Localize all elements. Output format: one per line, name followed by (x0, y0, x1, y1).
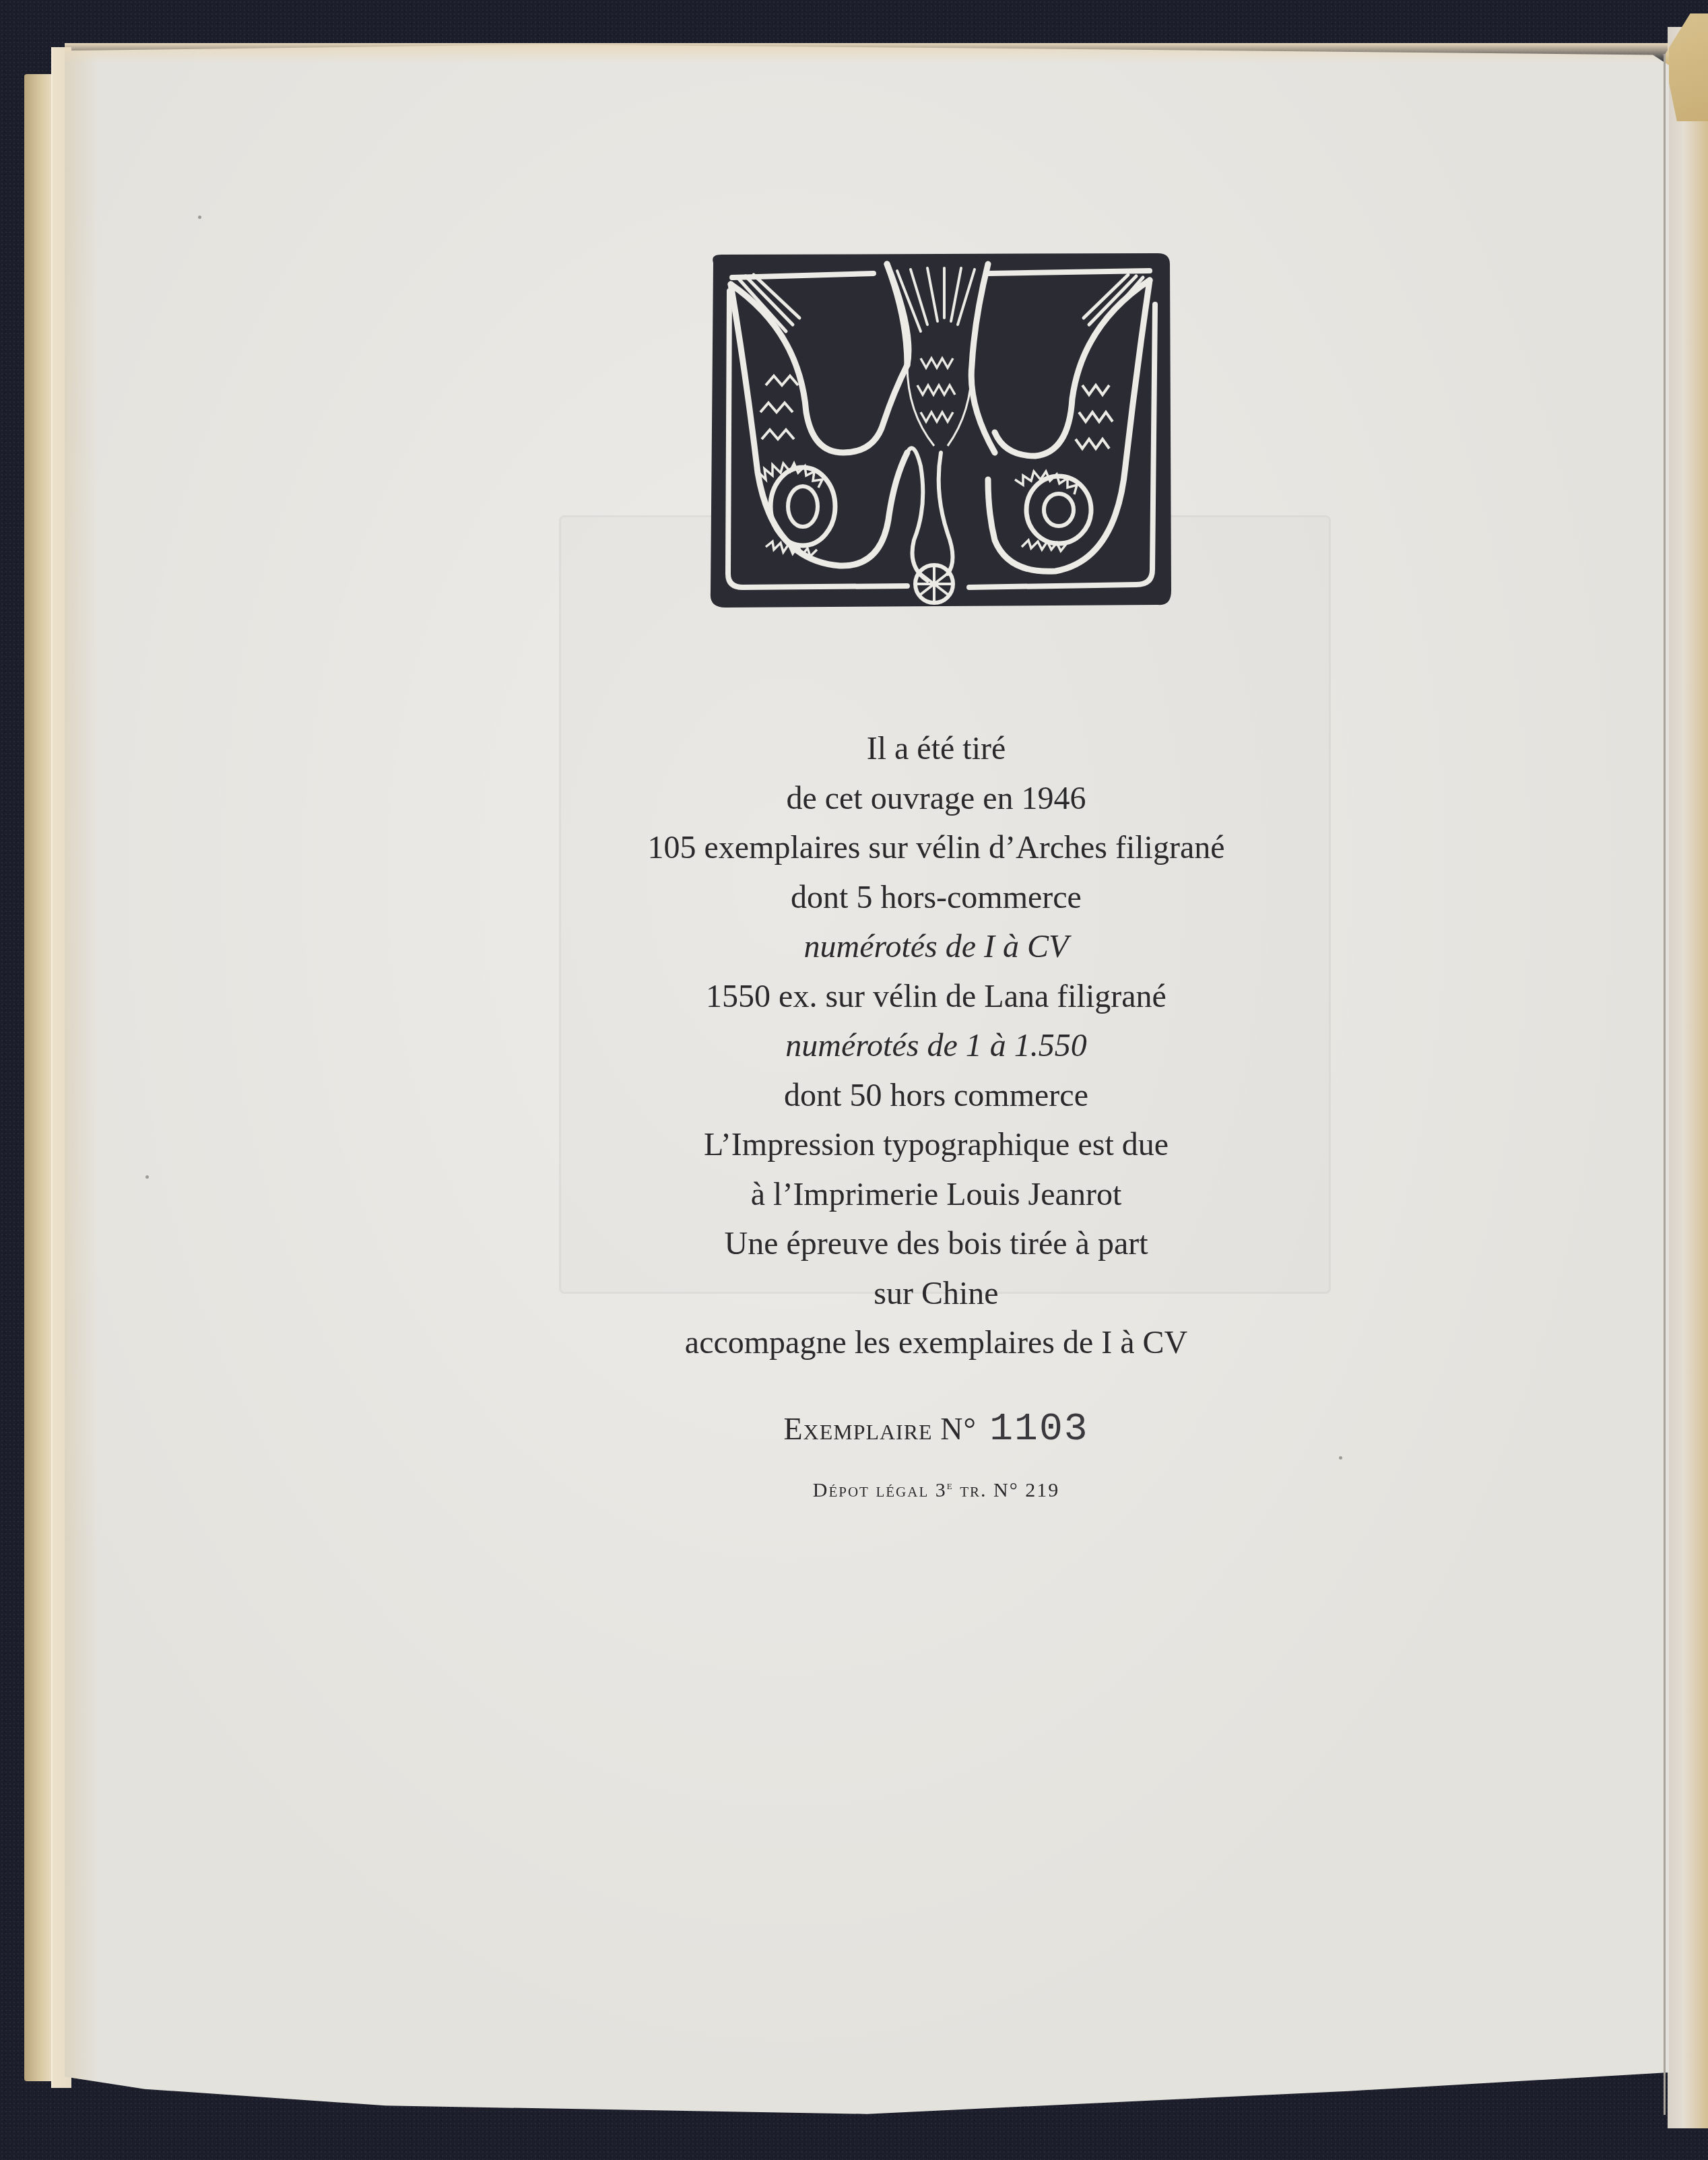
legal-deposit-line: Dépot légal 3e tr. N° 219 (404, 1472, 1468, 1504)
colophon-text-block: Il a été tiré de cet ouvrage en 1946 105… (404, 724, 1468, 1368)
legal-deposit-number-prefix: N° (993, 1479, 1019, 1501)
copy-number-prefix: N° (940, 1412, 977, 1446)
copy-number-value: 1103 (989, 1408, 1088, 1451)
colophon-line: accompagne les exemplaires de I à CV (404, 1318, 1468, 1368)
colophon-line: dont 5 hors-commerce (404, 873, 1468, 923)
colophon-line: 1550 ex. sur vélin de Lana filigrané (404, 972, 1468, 1022)
page-stack-right-edge (1668, 27, 1708, 2128)
colophon-line: L’Impression typographique est due (404, 1120, 1468, 1170)
colophon-line: de cet ouvrage en 1946 (404, 774, 1468, 824)
copy-number-line: Exemplaire N° 1103 (404, 1409, 1468, 1450)
legal-deposit-quarter-label: tr. (960, 1479, 987, 1501)
colophon-line: à l’Imprimerie Louis Jeanrot (404, 1170, 1468, 1220)
copy-number-label: Exemplaire (783, 1412, 932, 1446)
colophon-line: sur Chine (404, 1269, 1468, 1319)
page-top-deckle-edge (65, 43, 1669, 63)
colophon-line: Une épreuve des bois tirée à part (404, 1219, 1468, 1269)
colophon-line-italic: numérotés de 1 à 1.550 (404, 1021, 1468, 1071)
paper-speck (198, 216, 201, 219)
paper-speck (1339, 1456, 1342, 1460)
page-right-fold-line (1664, 54, 1666, 2115)
legal-deposit-quarter: 3 (935, 1479, 947, 1501)
legal-deposit-label: Dépot légal (813, 1479, 929, 1501)
colophon-line: Il a été tiré (404, 724, 1468, 774)
legal-deposit-quarter-suffix: e (947, 1478, 954, 1492)
colophon-line: dont 50 hors commerce (404, 1071, 1468, 1121)
colophon-line-italic: numérotés de I à CV (404, 922, 1468, 972)
colophon-line: 105 exemplaires sur vélin d’Arches filig… (404, 823, 1468, 873)
dove-icon (705, 251, 1174, 609)
legal-deposit-number: 219 (1025, 1479, 1059, 1501)
woodcut-dove-illustration (705, 251, 1174, 609)
paper-speck (145, 1175, 149, 1179)
